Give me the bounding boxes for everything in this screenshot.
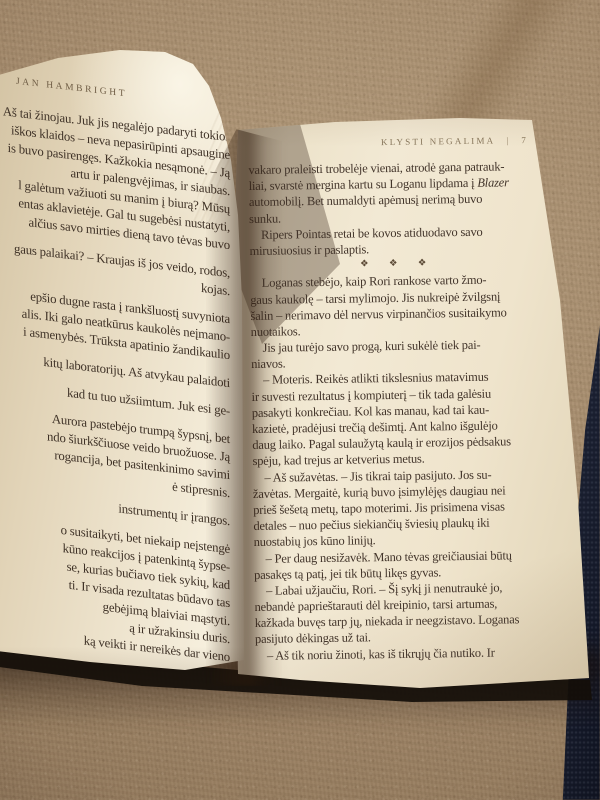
right-page: KLYSTI NEGALIMA|7 vakaro praleisti trobe…	[228, 112, 590, 692]
paragraph-block: Aš tai žinojau. Juk jis negalėjo padaryt…	[0, 94, 230, 666]
running-title: KLYSTI NEGALIMA	[381, 136, 495, 148]
left-page: JAN HAMBRIGHT Aš tai žinojau. Juk jis ne…	[0, 46, 254, 678]
left-page-text: JAN HAMBRIGHT Aš tai žinojau. Juk jis ne…	[0, 66, 230, 666]
right-page-text: KLYSTI NEGALIMA|7 vakaro praleisti trobe…	[248, 134, 565, 664]
paragraph-block: Loganas stebėjo, kaip Rori rankose varto…	[250, 271, 565, 664]
header-separator: |	[506, 135, 510, 145]
paragraph-block: vakaro praleisti trobelėje vienai, atrod…	[248, 158, 559, 259]
page-number: 7	[521, 135, 528, 145]
photo-scene: KLYSTI NEGALIMA|7 vakaro praleisti trobe…	[0, 0, 600, 800]
